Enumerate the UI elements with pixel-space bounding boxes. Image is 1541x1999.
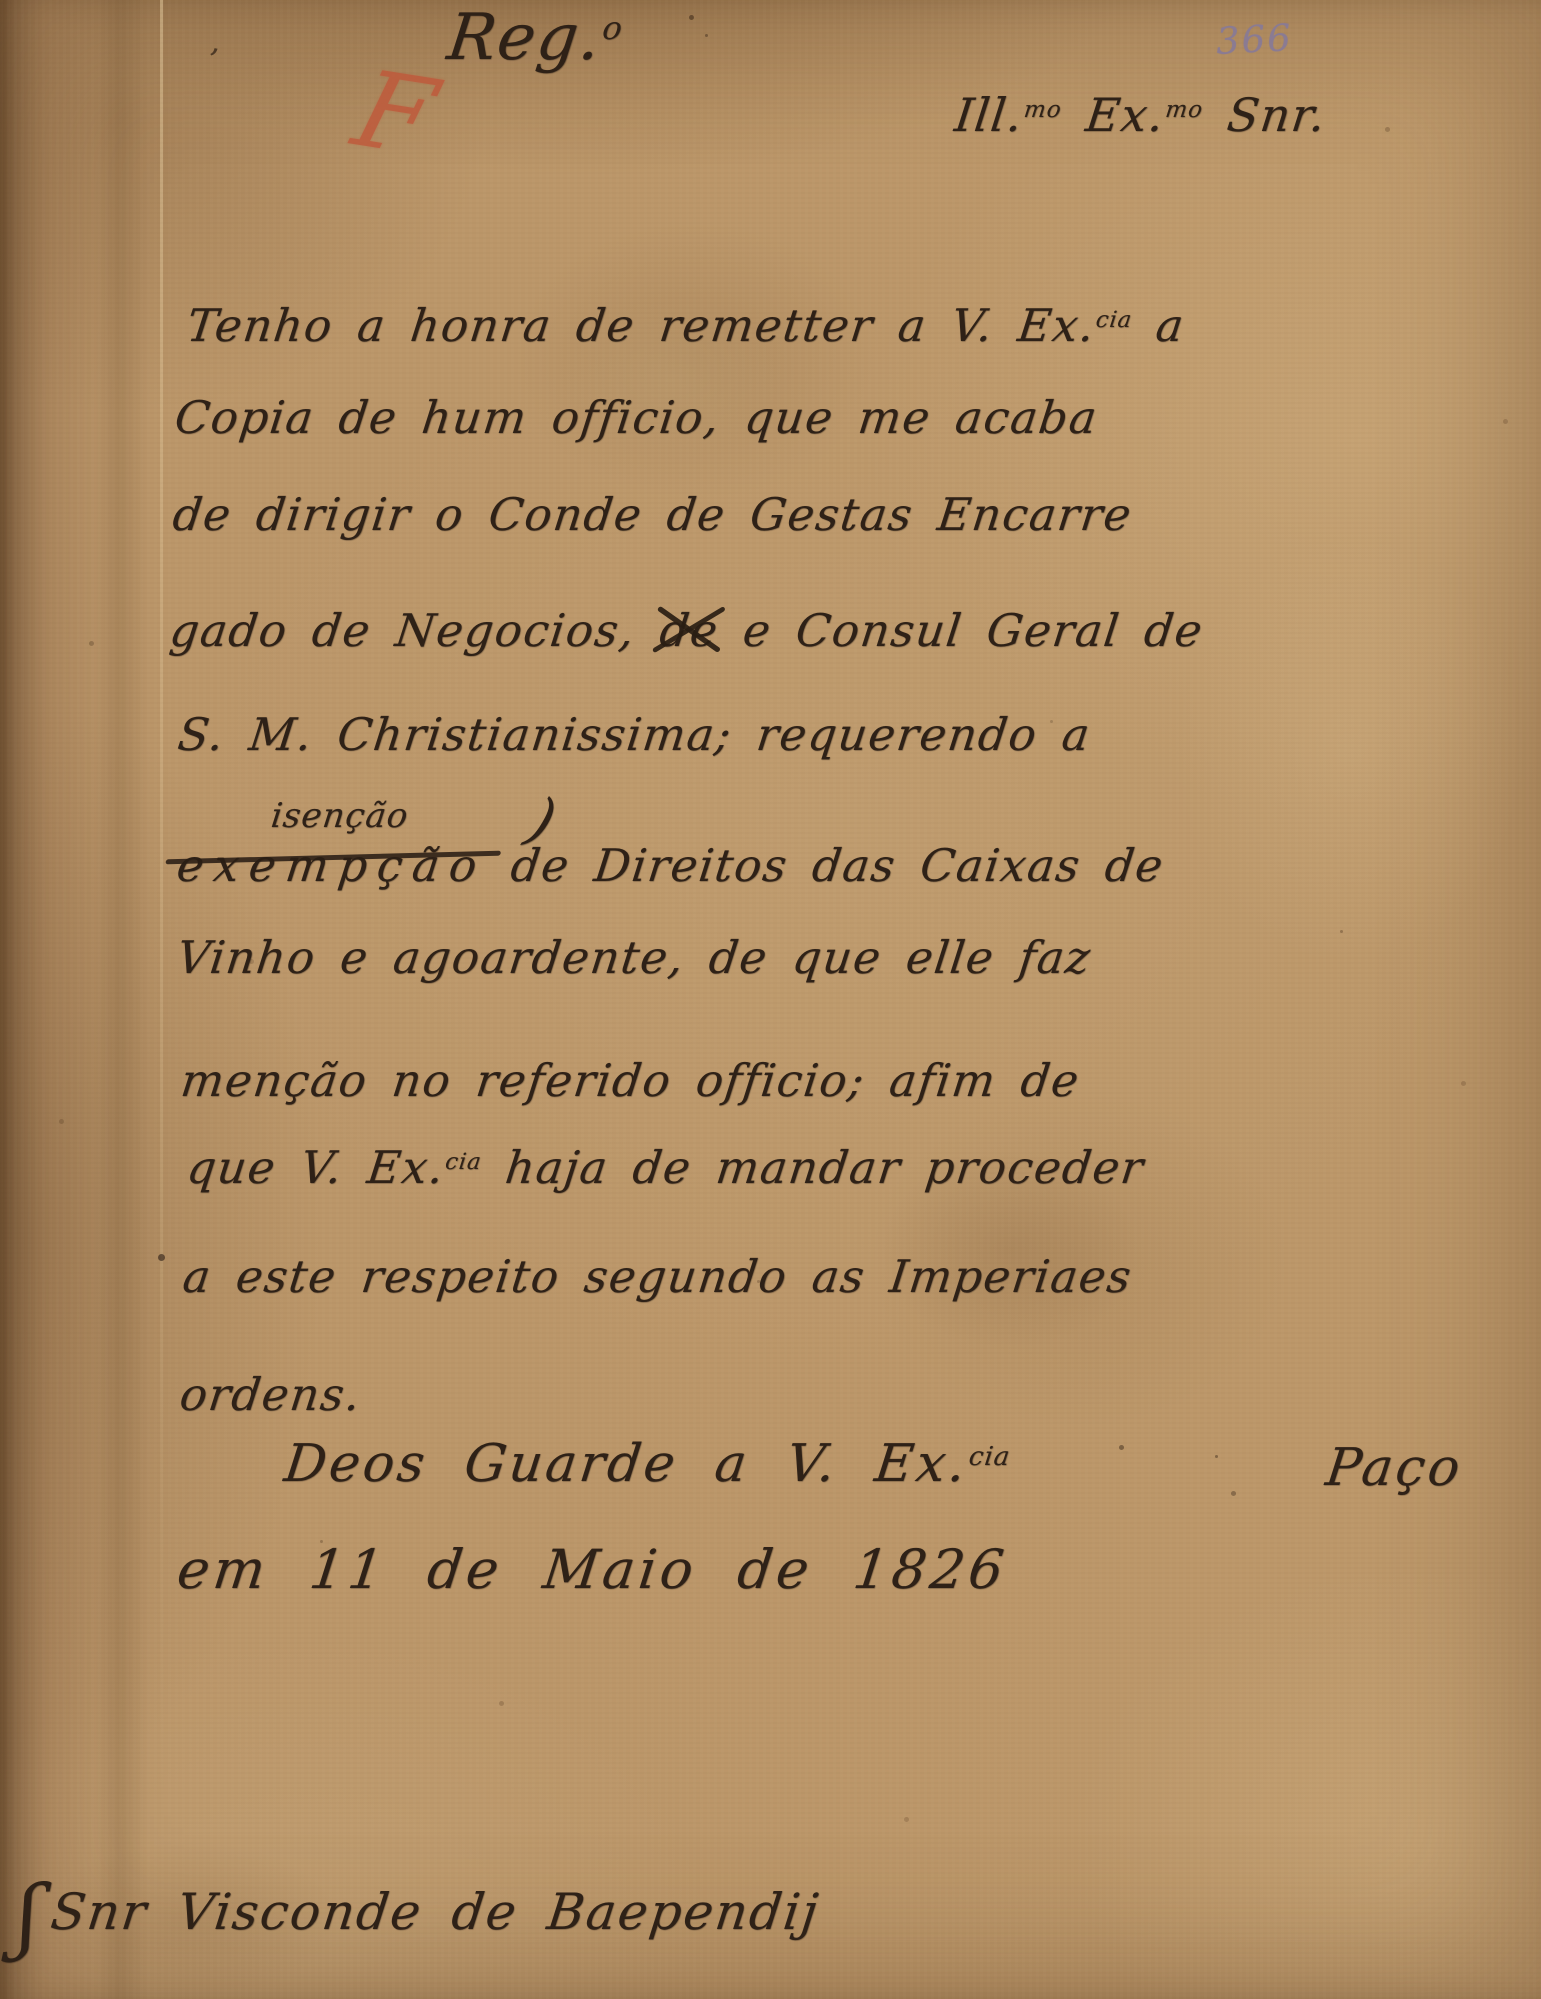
body-text: gado de Negocios, xyxy=(167,604,663,657)
body-line-1: Tenho a honra de remetter a V. Ex.cia a xyxy=(184,303,1187,348)
body-line-5: S. M. Christianissima; requerendo a xyxy=(175,712,1093,757)
fold-crease-shadow xyxy=(96,0,148,1999)
body-text: haja de mandar proceder xyxy=(478,1141,1148,1194)
addressee-line: ʃSnr Visconde de Baependij xyxy=(12,1876,823,1956)
body-line-11: ordens. xyxy=(177,1372,363,1417)
closing-place: Paço xyxy=(1323,1442,1465,1494)
abbreviation-superscript: cia xyxy=(967,1442,1012,1472)
registry-mark: Reg.o xyxy=(444,6,625,70)
abbreviation-superscript: cia xyxy=(444,1149,483,1175)
body-line-9: que V. Ex.cia haja de mandar proceder xyxy=(184,1145,1146,1190)
struck-word: de xyxy=(657,608,721,653)
body-text: a xyxy=(1128,299,1188,352)
body-line-10: a este respeito segundo as Imperiaes xyxy=(180,1254,1134,1299)
salutation-part: Ex. xyxy=(1058,88,1168,142)
body-text: que V. Ex. xyxy=(184,1141,448,1194)
interlinear-insertion: isenção xyxy=(269,799,410,833)
date-line: em 11 de Maio de 1826 xyxy=(174,1543,1010,1597)
salutation-superscript: mo xyxy=(1022,97,1063,123)
registry-superscript: o xyxy=(600,9,625,47)
salutation-part: Snr. xyxy=(1199,88,1329,142)
body-line-4: gado de Negocios, de e Consul Geral de xyxy=(167,608,1205,653)
salutation-line: Ill.mo Ex.mo Snr. xyxy=(952,92,1329,138)
body-line-6: isenção ) exempção de Direitos das Caixa… xyxy=(174,843,1166,888)
red-classification-mark: F xyxy=(342,48,447,179)
body-line-3: de dirigir o Conde de Gestas Encarre xyxy=(170,492,1134,537)
body-line-8: menção no referido officio; afim de xyxy=(178,1058,1082,1103)
struck-word: exempção xyxy=(174,843,489,888)
folio-number: 366 xyxy=(1215,16,1294,63)
closing-line: Deos Guarde a V. Ex.cia Paço xyxy=(282,1438,1488,1490)
addressee-name: Snr Visconde de Baependij xyxy=(48,1883,823,1941)
ink-speckles xyxy=(0,0,3,3)
body-text: e Consul Geral de xyxy=(715,604,1206,657)
stray-ink-mark: , xyxy=(208,21,226,60)
body-line-7: Vinho e agoardente, de que elle faz xyxy=(174,935,1093,980)
body-text: Tenho a honra de remetter a V. Ex. xyxy=(184,299,1099,352)
manuscript-letter-page: , Reg.o F 366 Ill.mo Ex.mo Snr. Tenho a … xyxy=(0,0,1541,1999)
closing-formula: Deos Guarde a V. Ex. xyxy=(281,1434,972,1494)
paper-stain xyxy=(1180,540,1520,960)
paraph-flourish: ʃ xyxy=(16,1875,41,1957)
salutation-part: Ill. xyxy=(952,88,1027,142)
body-line-2: Copia de hum officio, que me acaba xyxy=(172,395,1100,440)
salutation-superscript: mo xyxy=(1164,97,1205,123)
abbreviation-superscript: cia xyxy=(1094,307,1133,333)
registry-text: Reg. xyxy=(444,1,606,75)
fold-crease-line xyxy=(160,0,163,1999)
body-text: de Direitos das Caixas de xyxy=(483,839,1167,892)
